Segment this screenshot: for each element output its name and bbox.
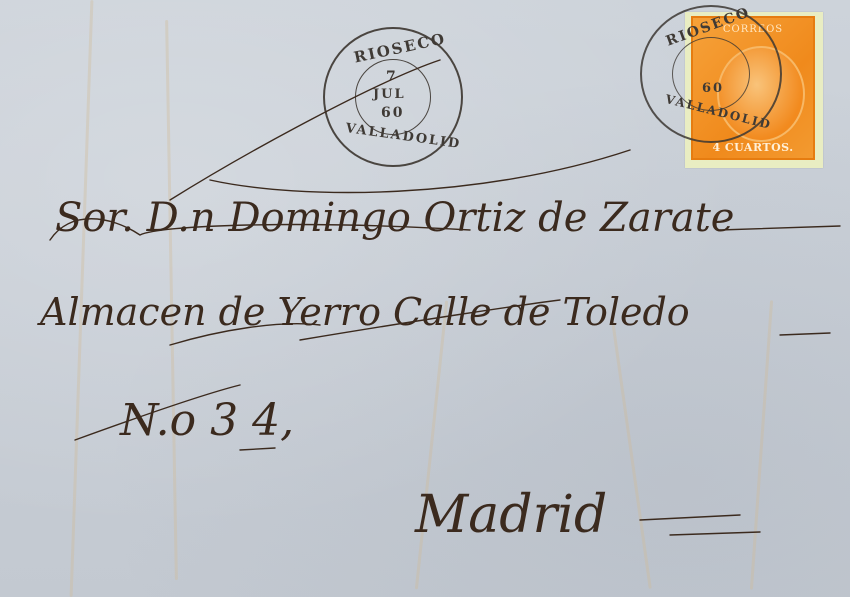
address-line-street: Almacen de Yerro Calle de Toledo (40, 290, 690, 334)
address-line-city: Madrid (415, 485, 607, 545)
address-line-recipient: Sor. D.n Domingo Ortiz de Zarate (55, 195, 734, 241)
envelope-cover: RIOSECO VALLADOLID 7 JUL 60 CORREOS 4 CU… (0, 0, 850, 597)
address-line-number: N.o 3 4, (120, 395, 294, 446)
